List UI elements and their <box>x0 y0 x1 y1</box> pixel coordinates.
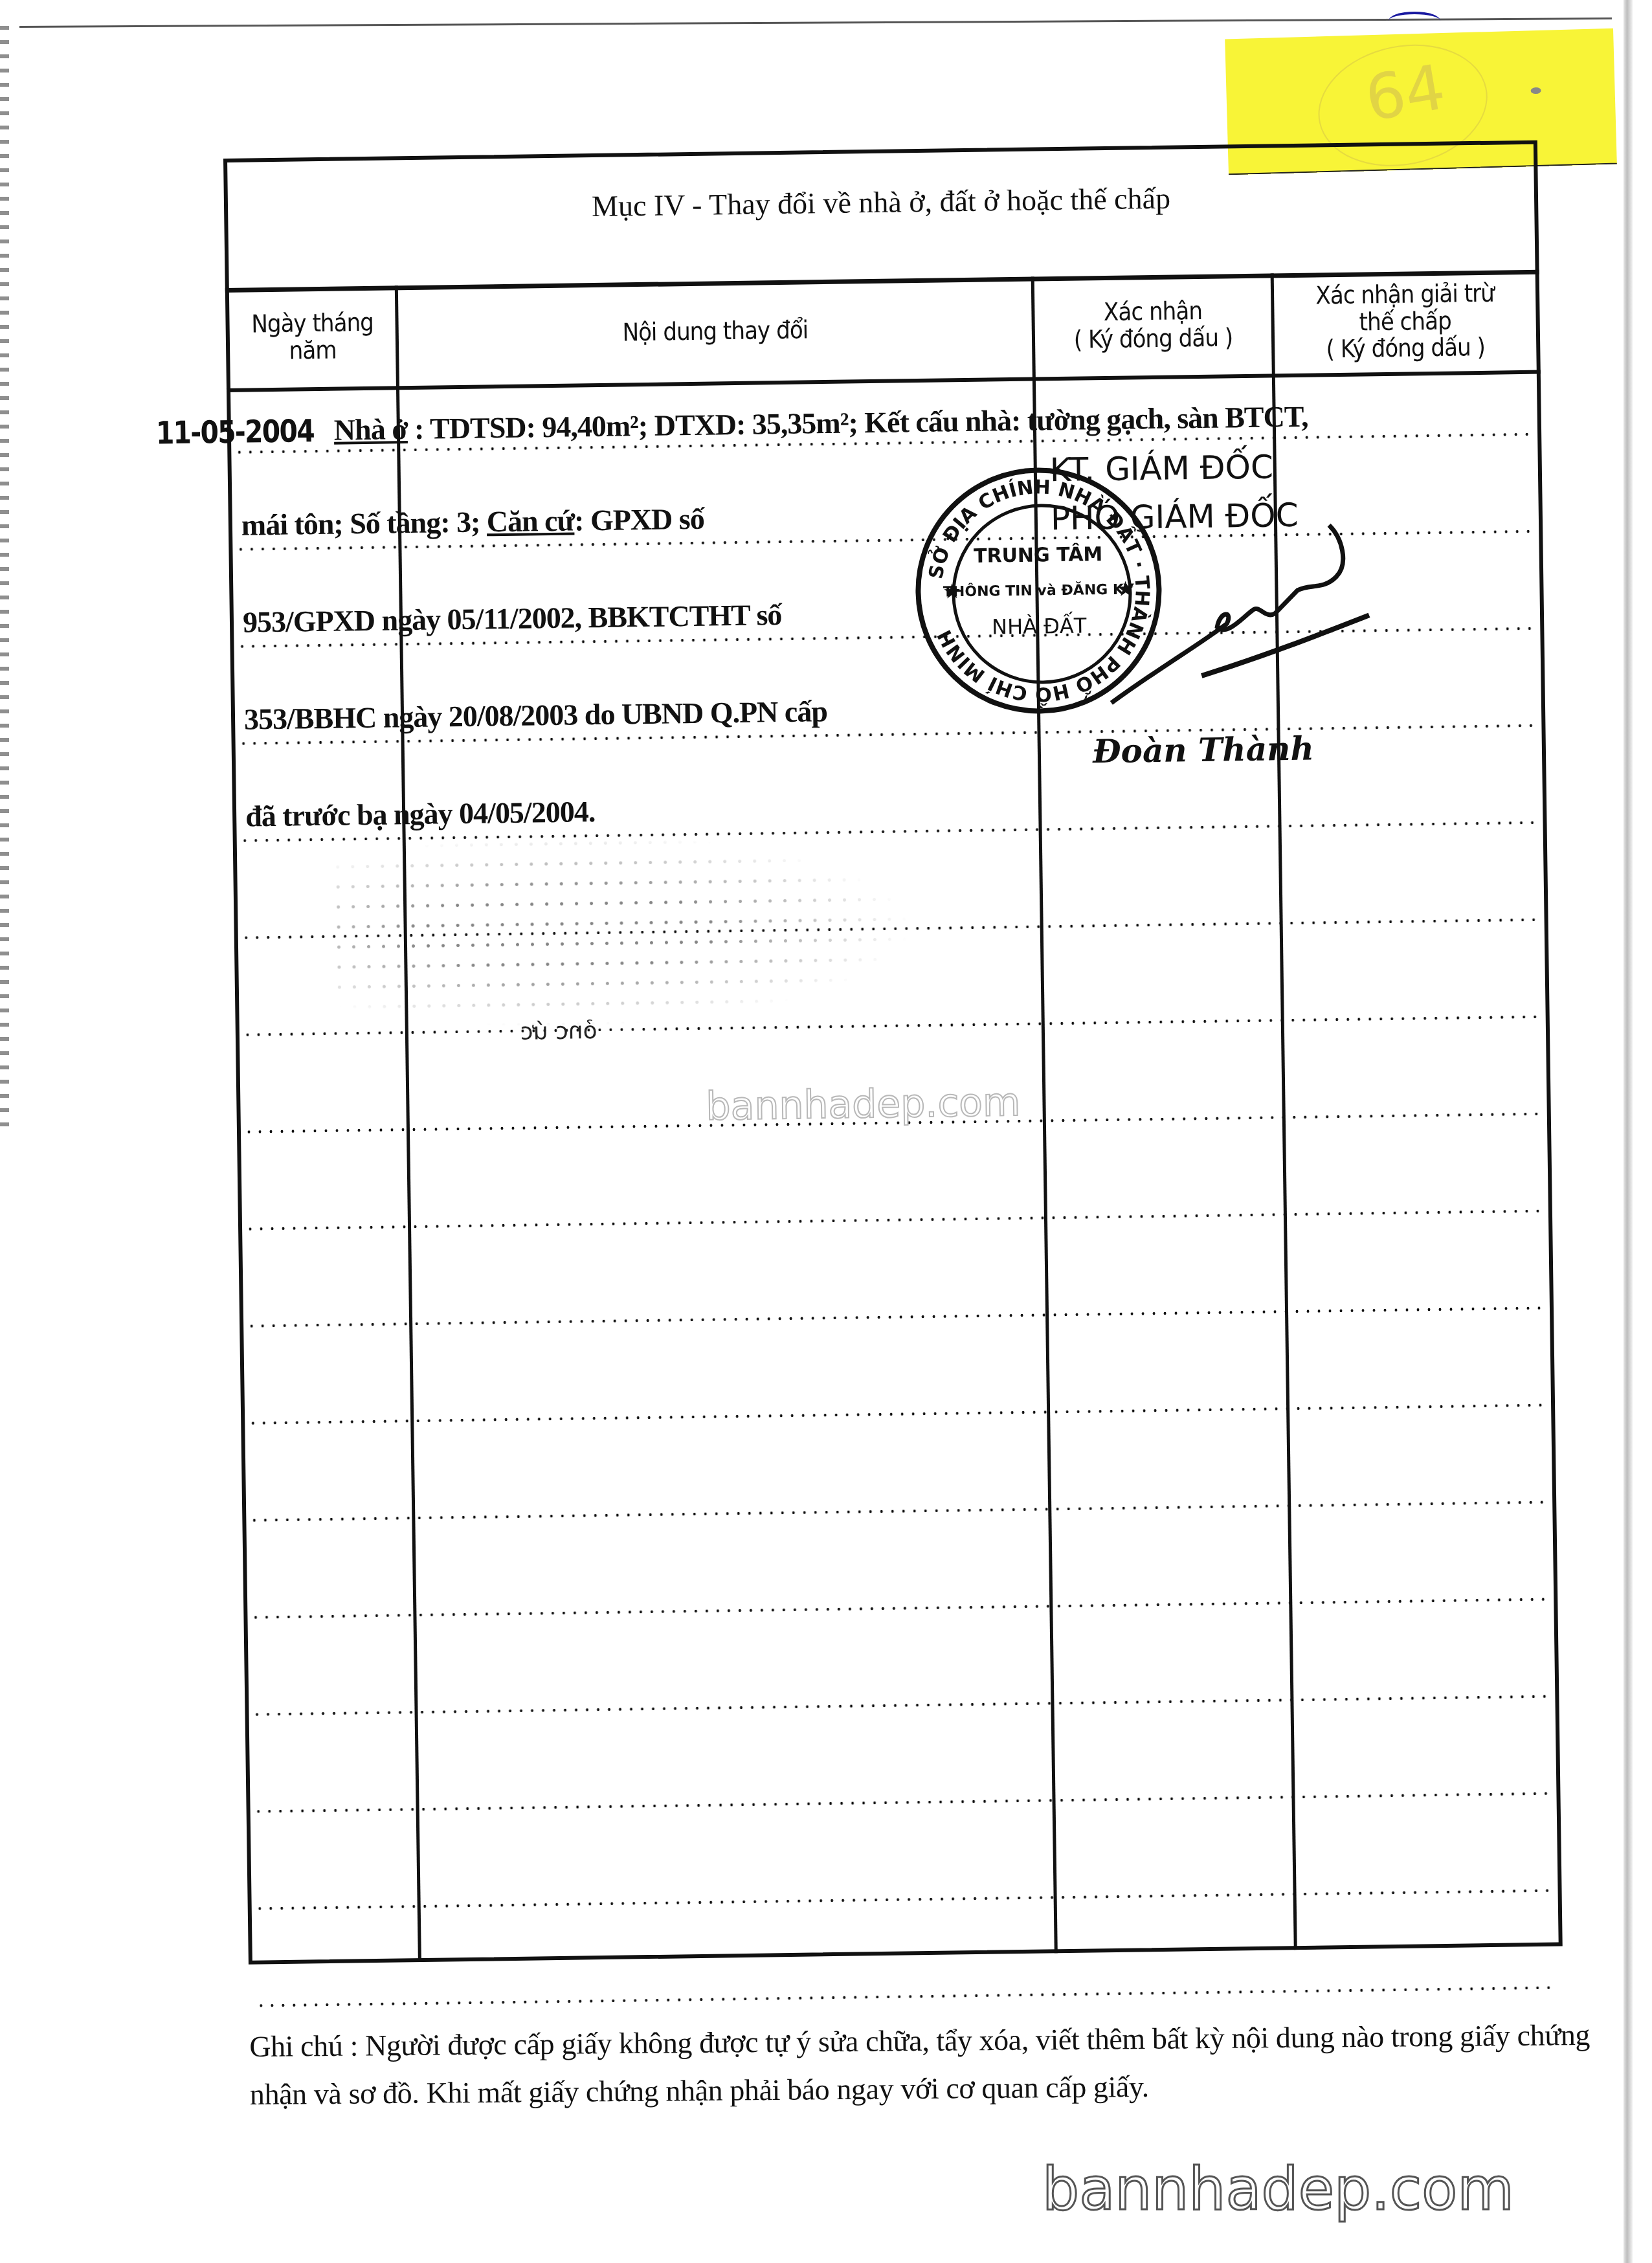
page-top-edge <box>19 17 1612 28</box>
footnote: Ghi chú : Người được cấp giấy không được… <box>249 2011 1622 2118</box>
sticky-dot <box>1530 87 1541 94</box>
scan-edge-left <box>0 26 9 1126</box>
certificate-page: Mục IV - Thay đổi về nhà ở, đất ở hoặc t… <box>223 140 1563 1965</box>
watermark-bottom: bannhadep.com <box>1042 2156 1514 2224</box>
watermark-center: bannhadep.com <box>706 1080 1021 1130</box>
header-mortgage-release: Xác nhận giải trừthế chấp( Ký đóng dấu ) <box>1274 270 1537 374</box>
bleed-through-marks <box>330 829 915 1031</box>
handwritten-signature <box>1102 511 1377 709</box>
header-date: Ngày thángnăm <box>229 285 396 388</box>
entry-line-5: đã trước bạ ngày 04/05/2004. <box>245 794 596 834</box>
bleed-through-text: ỏnc ức <box>520 1018 597 1045</box>
header-confirmation: Xác nhận( Ký đóng dấu ) <box>1034 273 1272 377</box>
pen-mark <box>1389 12 1440 30</box>
entry-line-2: mái tôn; Số tầng: 3; Căn cứ: GPXD số <box>241 502 704 542</box>
entry-date: 11-05-2004 <box>156 413 315 451</box>
header-content: Nội dung thay đổi <box>398 277 1032 386</box>
sticky-note-number: 64 <box>1360 50 1450 135</box>
scan-edge-right <box>1624 0 1633 2263</box>
signer-name: Đoàn Thành <box>1093 730 1315 771</box>
writing-line <box>256 1987 1557 2007</box>
